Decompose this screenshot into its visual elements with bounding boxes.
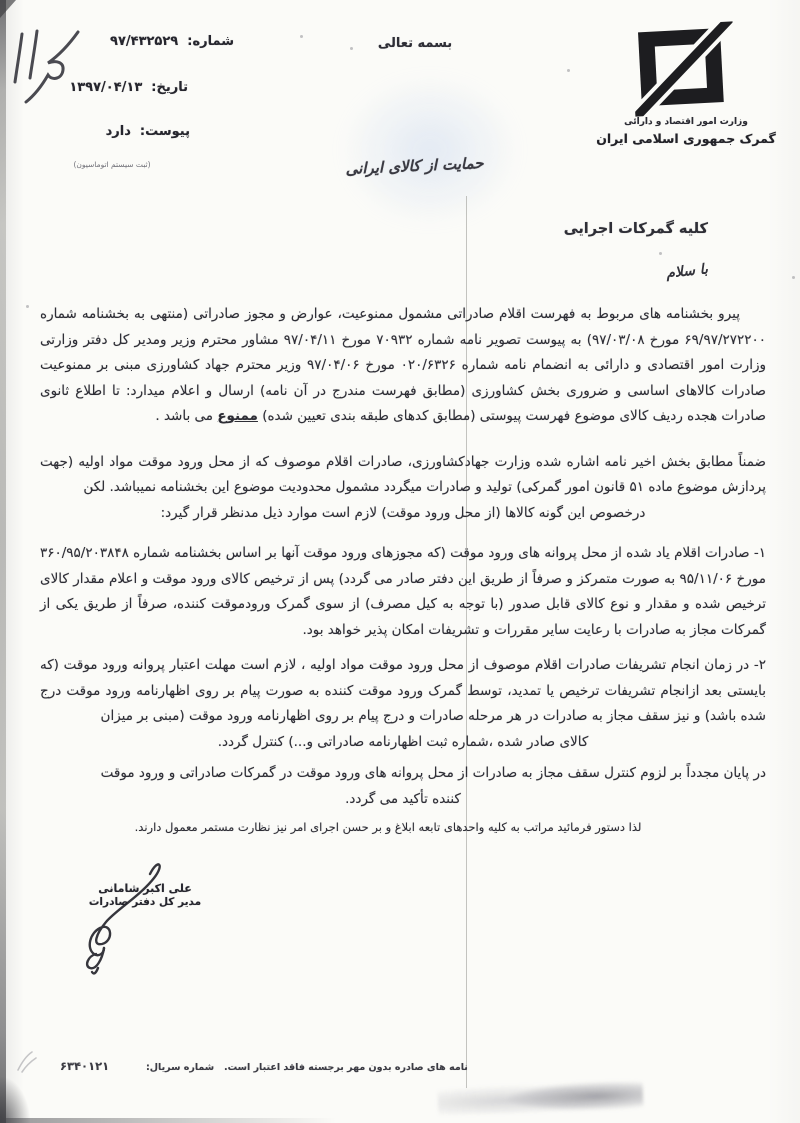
list-item-1: ۱- صادرات اقلام یاد شده از محل پروانه ها… xyxy=(40,541,766,643)
scan-speck xyxy=(792,276,795,279)
letter-number-value: ۹۷/۴۳۲۵۲۹ xyxy=(110,34,178,49)
letter-date-label: تاریخ: xyxy=(151,80,188,95)
letter-body: پیرو بخشنامه های مربوط به فهرست اقلام صا… xyxy=(40,302,766,841)
letter-number-label: شماره: xyxy=(187,34,234,49)
validity-note: نامه های صادره بدون مهر برجسته فاقد اعتب… xyxy=(224,1062,468,1073)
scan-corner-mark-bottom xyxy=(0,1077,30,1123)
scanned-letter-page: شماره: ۹۷/۴۳۲۵۲۹ تاریخ: ۱۳۹۷/۰۴/۱۳ پیوست… xyxy=(0,0,800,1123)
list-item-2-last-line: کالای صادر شده ،شماره ثبت اظهارنامه صادر… xyxy=(40,730,766,756)
automation-registry-note: (ثبت سیستم اتوماسیون) xyxy=(52,160,172,169)
paragraph-exception: ضمناً مطابق بخش اخیر نامه اشاره شده وزار… xyxy=(40,450,766,501)
paragraph-directive: لذا دستور فرمائید مراتب به کلیه واحدهای … xyxy=(100,815,676,841)
scan-bottom-shadow xyxy=(0,1118,336,1123)
customs-emblem-logo xyxy=(631,21,738,116)
addressee-heading: کلیه گمرکات اجرایی xyxy=(533,221,708,237)
handwritten-signature xyxy=(68,854,168,976)
paragraph-closing: در پایان مجدداً بر لزوم کنترل سقف مجاز ب… xyxy=(40,761,766,787)
scan-speck xyxy=(567,69,570,72)
forbidden-emphasis: ممنوع xyxy=(217,408,258,424)
letter-attachment-label: پیوست: xyxy=(140,124,190,139)
serial-number-label: شماره سریال: xyxy=(146,1062,214,1073)
serial-number-value: ۶۳۴۰۱۲۱ xyxy=(60,1059,109,1073)
paragraph-closing-last-line: کننده تأکید می گردد. xyxy=(40,787,766,813)
scan-smudge xyxy=(438,1080,644,1115)
ministry-name: وزارت امور اقتصاد و دارائی xyxy=(596,117,776,127)
bismillah-heading: بسمه تعالی xyxy=(360,36,470,51)
handwritten-registry-mark xyxy=(4,22,82,106)
letter-attachment-value: دارد xyxy=(106,124,131,139)
scan-speck xyxy=(659,252,662,255)
scan-tint-blob xyxy=(300,40,560,260)
letter-attachment-row: پیوست: دارد xyxy=(96,124,190,139)
paragraph-intro: پیرو بخشنامه های مربوط به فهرست اقلام صا… xyxy=(40,302,766,430)
salutation-handwriting: با سلام xyxy=(637,261,708,284)
list-item-2: ۲- در زمان انجام تشریفات صادرات اقلام مو… xyxy=(40,653,766,730)
scan-corner-mark-top xyxy=(0,0,16,18)
scan-edge-shadow xyxy=(0,0,6,1123)
scan-speck xyxy=(300,35,303,38)
intro-text-end: می باشد . xyxy=(155,408,217,424)
intro-text: پیرو بخشنامه های مربوط به فهرست اقلام صا… xyxy=(40,306,766,424)
paragraph-exception-last-line: درخصوص این گونه کالاها (از محل ورود موقت… xyxy=(40,501,766,527)
pencil-mark xyxy=(12,1048,38,1078)
organization-name: گمرک جمهوری اسلامی ایران xyxy=(588,131,784,146)
scan-speck xyxy=(26,305,29,308)
scan-speck xyxy=(350,47,353,50)
